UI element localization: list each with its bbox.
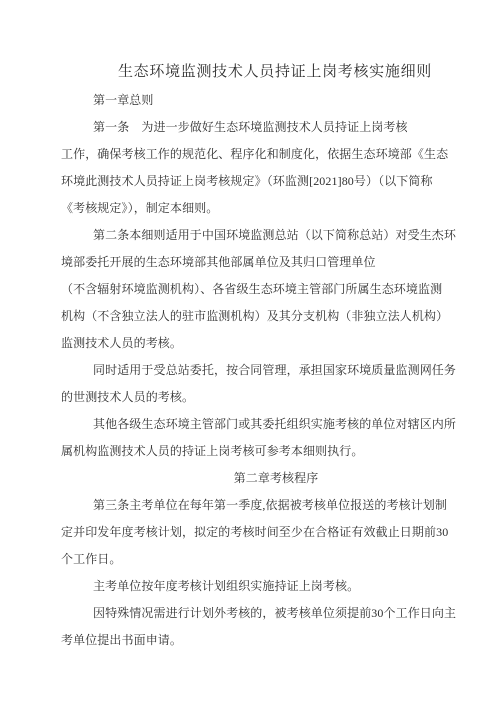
text-line: 工作，确保考核工作的规范化、程序化和制度化，依据生态环境部《生态 (61, 141, 445, 168)
document-page: 生态环境监测技术人员持证上岗考核实施细则 第一章总则第一条 为进一步做好生态环境… (0, 0, 500, 707)
text-line: 同时适用于受总站委托，按合同管理，承担国家环境质量监测网任务 (61, 357, 445, 384)
text-line: 境部委托开展的生态环境部其他部属单位及其归口管理单位 (61, 249, 445, 276)
text-line: 的世测技术人员的考核。 (61, 384, 445, 411)
paragraph: 其他各级生态环境主管部门或其委托组织实施考核的单位对辖区内所属机构监测技术人员的… (61, 411, 445, 465)
text-line: 其他各级生态环境主管部门或其委托组织实施考核的单位对辖区内所 (61, 411, 445, 438)
chapter-heading: 第二章考核程序 (61, 465, 445, 492)
text-line: 个工作日。 (61, 546, 445, 573)
text-line: 第一条 为进一步做好生态环境监测技术人员持证上岗考核 (61, 114, 445, 141)
text-line: 主考单位按年度考核计划组织实施持证上岗考核。 (61, 573, 445, 600)
text-line: 机构（不含独立法人的驻市监测机构）及其分支机构（非独立法人机构） (61, 303, 445, 330)
text-line: 定并印发年度考核计划，拟定的考核时间至少在合格证有效截止日期前30 (61, 519, 445, 546)
paragraph: 第一条 为进一步做好生态环境监测技术人员持证上岗考核工作，确保考核工作的规范化、… (61, 114, 445, 222)
paragraph: 第三条主考单位在每年第一季度,依据被考核单位报送的考核计划制定并印发年度考核计划… (61, 492, 445, 573)
text-line: 环境此测技术人员持证上岗考核规定》（环监测[2021]80号）（以下简称 (61, 168, 445, 195)
text-line: 第三条主考单位在每年第一季度,依据被考核单位报送的考核计划制 (61, 492, 445, 519)
paragraph: 因特殊情况需进行计划外考核的，被考核单位须提前30个工作日向主考单位提出书面申请… (61, 600, 445, 654)
paragraph: （不含辐射环境监测机构）、各省级生态环境主管部门所属生态环境监测机构（不含独立法… (61, 276, 445, 357)
text-line: 监测技术人员的考核。 (61, 330, 445, 357)
paragraph: 第二条本细则适用于中国环境监测总站（以下简称总站）对受生杰环境部委托开展的生态环… (61, 222, 445, 276)
text-line: 第二条本细则适用于中国环境监测总站（以下简称总站）对受生杰环 (61, 222, 445, 249)
text-line: 因特殊情况需进行计划外考核的，被考核单位须提前30个工作日向主 (61, 600, 445, 627)
chapter-heading: 第一章总则 (61, 87, 445, 114)
document-title: 生态环境监测技术人员持证上岗考核实施细则 (61, 58, 445, 87)
text-line: 属机构监测技术人员的持证上岗考核可参考本细则执行。 (61, 438, 445, 465)
paragraph: 主考单位按年度考核计划组织实施持证上岗考核。 (61, 573, 445, 600)
text-line: 考单位提出书面申请。 (61, 627, 445, 654)
paragraph: 同时适用于受总站委托，按合同管理，承担国家环境质量监测网任务的世测技术人员的考核… (61, 357, 445, 411)
text-line: （不含辐射环境监测机构）、各省级生态环境主管部门所属生态环境监测 (61, 276, 445, 303)
document-body: 第一章总则第一条 为进一步做好生态环境监测技术人员持证上岗考核工作，确保考核工作… (61, 87, 445, 654)
text-line: 《考核规定》），制定本细则。 (61, 195, 445, 222)
